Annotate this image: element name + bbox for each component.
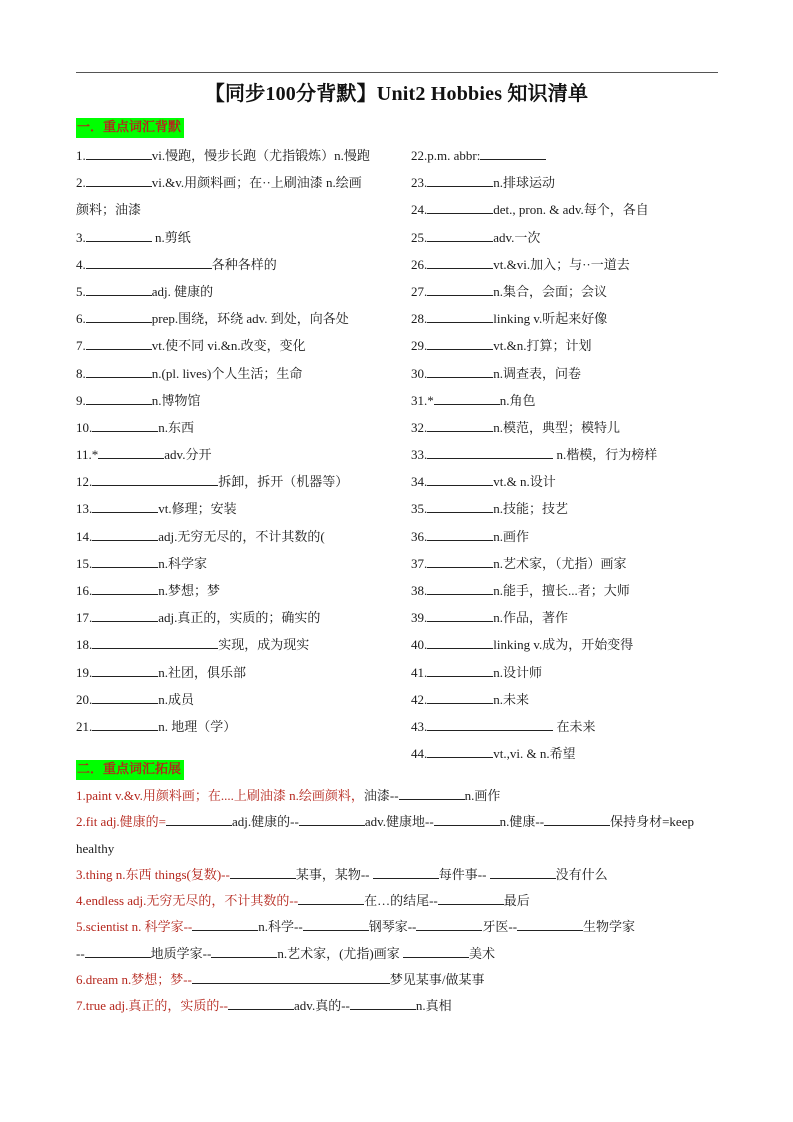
item-number: 9. bbox=[76, 393, 86, 408]
section-1-heading: 一．重点词汇背默 bbox=[76, 118, 184, 138]
answer-blank[interactable] bbox=[92, 718, 158, 731]
list-item: 33. n.楷模，行为榜样 bbox=[411, 441, 731, 468]
item-definition: prep.围绕，环绕 adv. 到处，向各处 bbox=[152, 311, 349, 326]
line-text: 梦见某事/做某事 bbox=[390, 972, 485, 987]
list-item: 38.n.能手，擅长...者；大师 bbox=[411, 577, 731, 604]
answer-blank[interactable] bbox=[92, 664, 158, 677]
answer-blank[interactable] bbox=[86, 147, 152, 160]
item-definition: n.剪纸 bbox=[152, 230, 191, 245]
item-number: 41. bbox=[411, 665, 427, 680]
list-item: 22.p.m. abbr: bbox=[411, 142, 731, 169]
item-definition: n.艺术家，（尤指）画家 bbox=[493, 556, 626, 571]
answer-blank[interactable] bbox=[427, 201, 493, 214]
answer-blank[interactable] bbox=[427, 691, 493, 704]
list-item: 28.linking v.听起来好像 bbox=[411, 305, 731, 332]
list-item: 10.n.东西 bbox=[76, 414, 406, 441]
list-item: 42.n.未来 bbox=[411, 686, 731, 713]
list-item: 27.n.集合，会面；会议 bbox=[411, 278, 731, 305]
answer-blank[interactable] bbox=[416, 918, 482, 931]
answer-blank[interactable] bbox=[230, 866, 296, 879]
list-item: 23.n.排球运动 bbox=[411, 169, 731, 196]
item-number: 26. bbox=[411, 257, 427, 272]
item-number: 24. bbox=[411, 202, 427, 217]
answer-blank[interactable] bbox=[86, 174, 152, 187]
line-text: n.科学-- bbox=[258, 919, 302, 934]
answer-blank[interactable] bbox=[434, 392, 500, 405]
vocab-extension-list: 1.paint v.&v.用颜料画；在....上刷油漆 n.绘画颜料，油漆--n… bbox=[76, 783, 726, 1020]
item-definition: n.调查表，问卷 bbox=[493, 366, 581, 381]
item-number: 3. bbox=[76, 230, 86, 245]
answer-blank[interactable] bbox=[427, 745, 493, 758]
line-text: healthy bbox=[76, 841, 114, 856]
item-definition: n.作品，著作 bbox=[493, 610, 568, 625]
vocab-list-right: 22.p.m. abbr:23.n.排球运动24.det., pron. & a… bbox=[411, 142, 731, 767]
extension-line: 2.fit adj.健康的=adj.健康的--adv.健康地--n.健康--保持… bbox=[76, 809, 726, 835]
answer-blank[interactable] bbox=[192, 918, 258, 931]
item-number: 20. bbox=[76, 692, 92, 707]
answer-blank[interactable] bbox=[303, 918, 369, 931]
vocab-list-left: 1.vi.慢跑，慢步长跑（尤指锻炼）n.慢跑2.vi.&v.用颜料画；在··上刷… bbox=[76, 142, 406, 740]
item-definition: vi.慢跑，慢步长跑（尤指锻炼）n.慢跑 bbox=[152, 148, 370, 163]
answer-blank[interactable] bbox=[427, 337, 493, 350]
item-number: 32. bbox=[411, 420, 427, 435]
item-definition: linking v.成为，开始变得 bbox=[493, 637, 633, 652]
list-item: 颜料；油漆 bbox=[76, 196, 406, 223]
header-rule bbox=[76, 72, 718, 73]
item-definition: n.技能；技艺 bbox=[493, 501, 568, 516]
item-definition: 在未来 bbox=[553, 719, 595, 734]
list-item: 16.n.梦想；梦 bbox=[76, 577, 406, 604]
answer-blank[interactable] bbox=[192, 971, 390, 984]
list-item: 35.n.技能；技艺 bbox=[411, 495, 731, 522]
item-number: 31.* bbox=[411, 393, 434, 408]
extension-line: --地质学家--n.艺术家，(尤指)画家 美术 bbox=[76, 941, 726, 967]
item-definition: vt.使不同 vi.&n.改变，变化 bbox=[152, 338, 306, 353]
line-text: n.画作 bbox=[465, 788, 501, 803]
answer-blank[interactable] bbox=[86, 337, 152, 350]
answer-blank[interactable] bbox=[427, 446, 553, 459]
answer-blank[interactable] bbox=[373, 866, 439, 879]
answer-blank[interactable] bbox=[211, 945, 277, 958]
extension-line: healthy bbox=[76, 836, 726, 862]
line-text: n.真相 bbox=[416, 998, 452, 1013]
item-number: 8. bbox=[76, 366, 86, 381]
extension-line: 6.dream n.梦想；梦--梦见某事/做某事 bbox=[76, 967, 726, 993]
list-item: 41.n.设计师 bbox=[411, 659, 731, 686]
extension-line: 7.true adj.真正的，实质的--adv.真的--n.真相 bbox=[76, 993, 726, 1019]
item-number: 12. bbox=[76, 474, 92, 489]
item-definition: adj. 健康的 bbox=[152, 284, 213, 299]
list-item: 43. 在未来 bbox=[411, 713, 731, 740]
list-item: 24.det., pron. & adv.每个，各自 bbox=[411, 196, 731, 223]
answer-blank[interactable] bbox=[544, 813, 610, 826]
list-item: 1.vi.慢跑，慢步长跑（尤指锻炼）n.慢跑 bbox=[76, 142, 406, 169]
answer-blank[interactable] bbox=[86, 365, 152, 378]
item-definition: n.集合，会面；会议 bbox=[493, 284, 607, 299]
answer-blank[interactable] bbox=[86, 283, 152, 296]
item-definition: adv.分开 bbox=[164, 447, 211, 462]
answer-blank[interactable] bbox=[427, 174, 493, 187]
item-definition: n.能手，擅长...者；大师 bbox=[493, 583, 630, 598]
line-text: 每件事-- bbox=[439, 867, 490, 882]
answer-blank[interactable] bbox=[166, 813, 232, 826]
item-number: 30. bbox=[411, 366, 427, 381]
answer-blank[interactable] bbox=[517, 918, 583, 931]
answer-blank[interactable] bbox=[92, 528, 158, 541]
line-text: 牙医-- bbox=[482, 919, 517, 934]
item-definition: vi.&v.用颜料画；在··上刷油漆 n.绘画 bbox=[152, 175, 362, 190]
list-item: 40.linking v.成为，开始变得 bbox=[411, 631, 731, 658]
item-definition: 实现，成为现实 bbox=[218, 637, 309, 652]
answer-blank[interactable] bbox=[92, 419, 158, 432]
list-item: 37.n.艺术家，（尤指）画家 bbox=[411, 550, 731, 577]
item-number: 2. bbox=[76, 175, 86, 190]
line-text: 在…的结尾-- bbox=[364, 893, 438, 908]
answer-blank[interactable] bbox=[427, 256, 493, 269]
item-number: 43. bbox=[411, 719, 427, 734]
extension-line: 4.endless adj.无穷无尽的，不计其数的--在…的结尾--最后 bbox=[76, 888, 726, 914]
answer-blank[interactable] bbox=[228, 997, 294, 1010]
item-definition: vt.,vi. & n.希望 bbox=[493, 746, 575, 761]
item-number: 38. bbox=[411, 583, 427, 598]
answer-blank[interactable] bbox=[399, 787, 465, 800]
line-text: adv.真的-- bbox=[294, 998, 350, 1013]
answer-blank[interactable] bbox=[427, 365, 493, 378]
item-definition: vt.&vi.加入；与··一道去 bbox=[493, 257, 630, 272]
list-item: 3. n.剪纸 bbox=[76, 224, 406, 251]
list-item: 29.vt.&n.打算；计划 bbox=[411, 332, 731, 359]
answer-blank[interactable] bbox=[427, 473, 493, 486]
line-text: 3.thing n.东西 things(复数)-- bbox=[76, 867, 230, 882]
list-item: 7.vt.使不同 vi.&n.改变，变化 bbox=[76, 332, 406, 359]
list-item: 20.n.成员 bbox=[76, 686, 406, 713]
page-title: 【同步100分背默】Unit2 Hobbies 知识清单 bbox=[0, 77, 793, 106]
line-text: 钢琴家-- bbox=[369, 919, 417, 934]
list-item: 39.n.作品，著作 bbox=[411, 604, 731, 631]
item-definition: n.角色 bbox=[500, 393, 536, 408]
answer-blank[interactable] bbox=[92, 636, 218, 649]
answer-blank[interactable] bbox=[403, 945, 469, 958]
list-item: 13.vt.修理；安装 bbox=[76, 495, 406, 522]
answer-blank[interactable] bbox=[438, 892, 504, 905]
item-definition: det., pron. & adv.每个，各自 bbox=[493, 202, 649, 217]
list-item: 17.adj.真正的，实质的；确实的 bbox=[76, 604, 406, 631]
item-definition: n.设计师 bbox=[493, 665, 542, 680]
answer-blank[interactable] bbox=[427, 500, 493, 513]
item-definition: n.(pl. lives)个人生活；生命 bbox=[152, 366, 303, 381]
line-text: 6.dream n.梦想；梦-- bbox=[76, 972, 192, 987]
item-number: 14. bbox=[76, 529, 92, 544]
item-number: 39. bbox=[411, 610, 427, 625]
list-item: 8.n.(pl. lives)个人生活；生命 bbox=[76, 360, 406, 387]
extension-line: 1.paint v.&v.用颜料画；在....上刷油漆 n.绘画颜料，油漆--n… bbox=[76, 783, 726, 809]
item-definition: n.模范，典型；模特儿 bbox=[493, 420, 620, 435]
answer-blank[interactable] bbox=[86, 229, 152, 242]
answer-blank[interactable] bbox=[427, 229, 493, 242]
line-text: 生物学家 bbox=[583, 919, 635, 934]
list-item: 44.vt.,vi. & n.希望 bbox=[411, 740, 731, 767]
answer-blank[interactable] bbox=[434, 813, 500, 826]
item-number: 37. bbox=[411, 556, 427, 571]
item-definition: n.楷模，行为榜样 bbox=[553, 447, 657, 462]
list-item: 12.拆卸，拆开（机器等） bbox=[76, 468, 406, 495]
item-definition: linking v.听起来好像 bbox=[493, 311, 607, 326]
answer-blank[interactable] bbox=[92, 555, 158, 568]
list-item: 18.实现，成为现实 bbox=[76, 631, 406, 658]
line-text: 美术 bbox=[469, 946, 495, 961]
item-definition: adj.无穷无尽的，不计其数的( bbox=[158, 529, 324, 544]
item-definition: n.画作 bbox=[493, 529, 529, 544]
answer-blank[interactable] bbox=[427, 283, 493, 296]
item-number: 11.* bbox=[76, 447, 98, 462]
answer-blank[interactable] bbox=[85, 945, 151, 958]
item-number: 44. bbox=[411, 746, 427, 761]
item-definition: vt.修理；安装 bbox=[158, 501, 236, 516]
item-definition: 拆卸，拆开（机器等） bbox=[218, 474, 348, 489]
item-number: 7. bbox=[76, 338, 86, 353]
item-number: 23. bbox=[411, 175, 427, 190]
item-definition: n.科学家 bbox=[158, 556, 207, 571]
item-definition: vt.&n.打算；计划 bbox=[493, 338, 591, 353]
line-text: 没有什么 bbox=[556, 867, 608, 882]
item-number: 15. bbox=[76, 556, 92, 571]
item-definition: 各种各样的 bbox=[212, 257, 277, 272]
list-item: 30.n.调查表，问卷 bbox=[411, 360, 731, 387]
answer-blank[interactable] bbox=[298, 892, 364, 905]
list-item: 36.n.画作 bbox=[411, 523, 731, 550]
answer-blank[interactable] bbox=[427, 555, 493, 568]
line-text: 保持身材=keep bbox=[610, 814, 694, 829]
section-2-heading: 二．重点词汇拓展 bbox=[76, 760, 184, 780]
item-definition: n.博物馆 bbox=[152, 393, 201, 408]
list-item: 6.prep.围绕，环绕 adv. 到处，向各处 bbox=[76, 305, 406, 332]
answer-blank[interactable] bbox=[427, 419, 493, 432]
line-text: 油漆-- bbox=[364, 788, 399, 803]
answer-blank[interactable] bbox=[92, 500, 158, 513]
item-number: 18. bbox=[76, 637, 92, 652]
answer-blank[interactable] bbox=[427, 718, 553, 731]
item-definition: n. 地理（学） bbox=[158, 719, 236, 734]
list-item: 26.vt.&vi.加入；与··一道去 bbox=[411, 251, 731, 278]
list-item: 9.n.博物馆 bbox=[76, 387, 406, 414]
line-text: 地质学家-- bbox=[151, 946, 212, 961]
item-number: 6. bbox=[76, 311, 86, 326]
list-item: 32.n.模范，典型；模特儿 bbox=[411, 414, 731, 441]
list-item: 31.*n.角色 bbox=[411, 387, 731, 414]
list-item: 5.adj. 健康的 bbox=[76, 278, 406, 305]
answer-blank[interactable] bbox=[427, 636, 493, 649]
item-number: 4. bbox=[76, 257, 86, 272]
item-definition: n.排球运动 bbox=[493, 175, 555, 190]
extension-line: 3.thing n.东西 things(复数)--某事，某物-- 每件事-- 没… bbox=[76, 862, 726, 888]
item-number: 35. bbox=[411, 501, 427, 516]
item-number: 28. bbox=[411, 311, 427, 326]
item-definition: n.成员 bbox=[158, 692, 194, 707]
answer-blank[interactable] bbox=[92, 473, 218, 486]
line-text: 4.endless adj.无穷无尽的，不计其数的-- bbox=[76, 893, 298, 908]
list-item: 25.adv.一次 bbox=[411, 224, 731, 251]
list-item: 2.vi.&v.用颜料画；在··上刷油漆 n.绘画 bbox=[76, 169, 406, 196]
list-item: 4.各种各样的 bbox=[76, 251, 406, 278]
answer-blank[interactable] bbox=[86, 256, 212, 269]
item-number: 22.p.m. abbr: bbox=[411, 148, 480, 163]
answer-blank[interactable] bbox=[490, 866, 556, 879]
list-item: 21.n. 地理（学） bbox=[76, 713, 406, 740]
item-definition: n.未来 bbox=[493, 692, 529, 707]
line-text: 7.true adj.真正的，实质的-- bbox=[76, 998, 228, 1013]
item-number: 16. bbox=[76, 583, 92, 598]
line-text: 1.paint v.&v.用颜料画；在....上刷油漆 n.绘画颜料， bbox=[76, 788, 364, 803]
item-number: 36. bbox=[411, 529, 427, 544]
list-item: 34.vt.& n.设计 bbox=[411, 468, 731, 495]
item-definition: vt.& n.设计 bbox=[493, 474, 555, 489]
item-definition: adv.一次 bbox=[493, 230, 540, 245]
line-text: 5.scientist n. 科学家-- bbox=[76, 919, 192, 934]
line-text: n.健康-- bbox=[500, 814, 544, 829]
answer-blank[interactable] bbox=[92, 609, 158, 622]
answer-blank[interactable] bbox=[350, 997, 416, 1010]
answer-blank[interactable] bbox=[86, 310, 152, 323]
item-number: 29. bbox=[411, 338, 427, 353]
list-item: 11.*adv.分开 bbox=[76, 441, 406, 468]
line-text: 2.fit adj.健康的= bbox=[76, 814, 166, 829]
item-definition: 颜料；油漆 bbox=[76, 202, 141, 217]
list-item: 15.n.科学家 bbox=[76, 550, 406, 577]
item-number: 33. bbox=[411, 447, 427, 462]
item-number: 34. bbox=[411, 474, 427, 489]
line-text: 最后 bbox=[504, 893, 530, 908]
answer-blank[interactable] bbox=[427, 310, 493, 323]
answer-blank[interactable] bbox=[299, 813, 365, 826]
item-number: 17. bbox=[76, 610, 92, 625]
line-text: -- bbox=[76, 946, 85, 961]
item-definition: n.梦想；梦 bbox=[158, 583, 220, 598]
answer-blank[interactable] bbox=[480, 147, 546, 160]
list-item: 19.n.社团，俱乐部 bbox=[76, 659, 406, 686]
item-definition: n.东西 bbox=[158, 420, 194, 435]
item-definition: n.社团，俱乐部 bbox=[158, 665, 246, 680]
item-number: 40. bbox=[411, 637, 427, 652]
answer-blank[interactable] bbox=[427, 609, 493, 622]
answer-blank[interactable] bbox=[86, 392, 152, 405]
answer-blank[interactable] bbox=[92, 582, 158, 595]
item-number: 1. bbox=[76, 148, 86, 163]
line-text: adv.健康地-- bbox=[365, 814, 434, 829]
list-item: 14.adj.无穷无尽的，不计其数的( bbox=[76, 523, 406, 550]
line-text: adj.健康的-- bbox=[232, 814, 299, 829]
item-number: 42. bbox=[411, 692, 427, 707]
answer-blank[interactable] bbox=[427, 528, 493, 541]
extension-line: 5.scientist n. 科学家--n.科学--钢琴家--牙医--生物学家 bbox=[76, 914, 726, 940]
item-number: 21. bbox=[76, 719, 92, 734]
item-number: 5. bbox=[76, 284, 86, 299]
item-definition: adj.真正的，实质的；确实的 bbox=[158, 610, 320, 625]
answer-blank[interactable] bbox=[427, 664, 493, 677]
item-number: 19. bbox=[76, 665, 92, 680]
item-number: 25. bbox=[411, 230, 427, 245]
answer-blank[interactable] bbox=[92, 691, 158, 704]
line-text: n.艺术家，(尤指)画家 bbox=[277, 946, 403, 961]
answer-blank[interactable] bbox=[98, 446, 164, 459]
item-number: 10. bbox=[76, 420, 92, 435]
line-text: 某事，某物-- bbox=[296, 867, 373, 882]
answer-blank[interactable] bbox=[427, 582, 493, 595]
item-number: 13. bbox=[76, 501, 92, 516]
item-number: 27. bbox=[411, 284, 427, 299]
